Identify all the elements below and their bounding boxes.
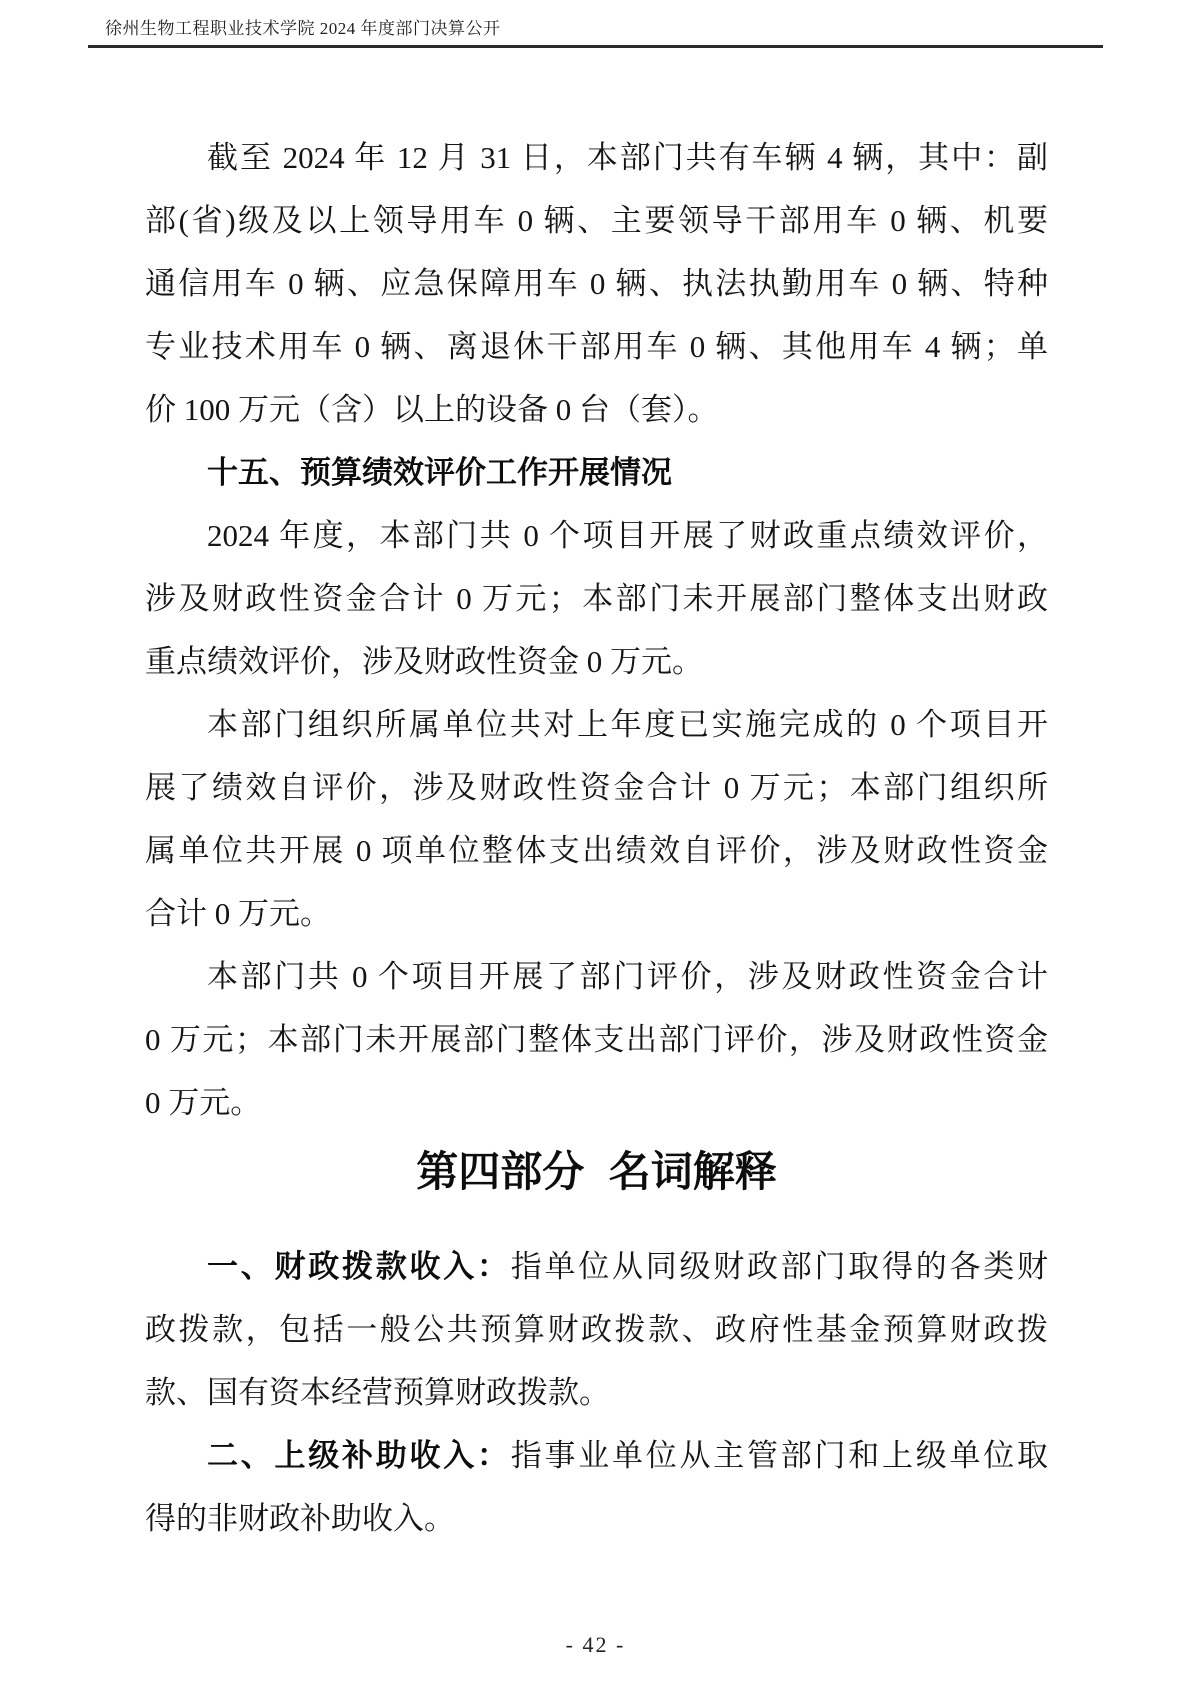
page-footer: - 42 - — [0, 1632, 1191, 1658]
text-line: 本部门组织所属单位共对上年度已实施完成的 0 个项目开 — [145, 693, 1048, 756]
header-rule — [88, 45, 1103, 48]
text-line: 2024 年度，本部门共 0 个项目开展了财政重点绩效评价， — [145, 504, 1048, 567]
definition-text: 指事业单位从主管部门和上级单位取 — [511, 1438, 1048, 1473]
text-line: 部(省)级及以上领导用车 0 辆、主要领导干部用车 0 辆、机要 — [145, 189, 1048, 252]
definition-term: 二、上级补助收入： — [207, 1438, 511, 1473]
definition-superior-subsidy-income: 二、上级补助收入：指事业单位从主管部门和上级单位取 得的非财政补助收入。 — [145, 1424, 1048, 1550]
paragraph-department-evaluation: 本部门共 0 个项目开展了部门评价，涉及财政性资金合计 0 万元；本部门未开展部… — [145, 945, 1048, 1134]
text-line: 截至 2024 年 12 月 31 日，本部门共有车辆 4 辆，其中：副 — [145, 126, 1048, 189]
text-line: 专业技术用车 0 辆、离退休干部用车 0 辆、其他用车 4 辆；单 — [145, 315, 1048, 378]
text-line: 0 万元；本部门未开展部门整体支出部门评价，涉及财政性资金 — [145, 1008, 1048, 1071]
text-line: 政拨款，包括一般公共预算财政拨款、政府性基金预算财政拨 — [145, 1298, 1048, 1361]
text-line: 属单位共开展 0 项单位整体支出绩效自评价，涉及财政性资金 — [145, 819, 1048, 882]
page-number: - 42 - — [566, 1632, 626, 1657]
text-line: 展了绩效自评价，涉及财政性资金合计 0 万元；本部门组织所 — [145, 756, 1048, 819]
definition-text: 指单位从同级财政部门取得的各类财 — [511, 1249, 1048, 1284]
text-line: 款、国有资本经营预算财政拨款。 — [145, 1361, 1048, 1424]
section-15-heading: 十五、预算绩效评价工作开展情况 — [145, 441, 1048, 504]
paragraph-vehicles: 截至 2024 年 12 月 31 日，本部门共有车辆 4 辆，其中：副 部(省… — [145, 126, 1048, 441]
paragraph-fiscal-evaluation: 2024 年度，本部门共 0 个项目开展了财政重点绩效评价， 涉及财政性资金合计… — [145, 504, 1048, 693]
header-title: 徐州生物工程职业技术学院 2024 年度部门决算公开 — [88, 18, 1103, 40]
text-line: 本部门共 0 个项目开展了部门评价，涉及财政性资金合计 — [145, 945, 1048, 1008]
text-line: 得的非财政补助收入。 — [145, 1487, 1048, 1550]
text-line: 二、上级补助收入：指事业单位从主管部门和上级单位取 — [145, 1424, 1048, 1487]
text-line: 涉及财政性资金合计 0 万元；本部门未开展部门整体支出财政 — [145, 567, 1048, 630]
text-line: 价 100 万元（含）以上的设备 0 台（套）。 — [145, 378, 1048, 441]
definition-term: 一、财政拨款收入： — [207, 1249, 511, 1284]
document-body: 截至 2024 年 12 月 31 日，本部门共有车辆 4 辆，其中：副 部(省… — [145, 126, 1048, 1550]
text-line: 合计 0 万元。 — [145, 882, 1048, 945]
text-line: 重点绩效评价，涉及财政性资金 0 万元。 — [145, 630, 1048, 693]
document-page: 徐州生物工程职业技术学院 2024 年度部门决算公开 截至 2024 年 12 … — [0, 0, 1191, 1684]
page-header: 徐州生物工程职业技术学院 2024 年度部门决算公开 — [0, 0, 1191, 48]
text-line: 通信用车 0 辆、应急保障用车 0 辆、执法执勤用车 0 辆、特种 — [145, 252, 1048, 315]
part-4-title: 第四部分 名词解释 — [145, 1142, 1048, 1205]
definition-fiscal-appropriation-income: 一、财政拨款收入：指单位从同级财政部门取得的各类财 政拨款，包括一般公共预算财政… — [145, 1235, 1048, 1424]
paragraph-self-evaluation: 本部门组织所属单位共对上年度已实施完成的 0 个项目开 展了绩效自评价，涉及财政… — [145, 693, 1048, 945]
text-line: 0 万元。 — [145, 1071, 1048, 1134]
text-line: 一、财政拨款收入：指单位从同级财政部门取得的各类财 — [145, 1235, 1048, 1298]
